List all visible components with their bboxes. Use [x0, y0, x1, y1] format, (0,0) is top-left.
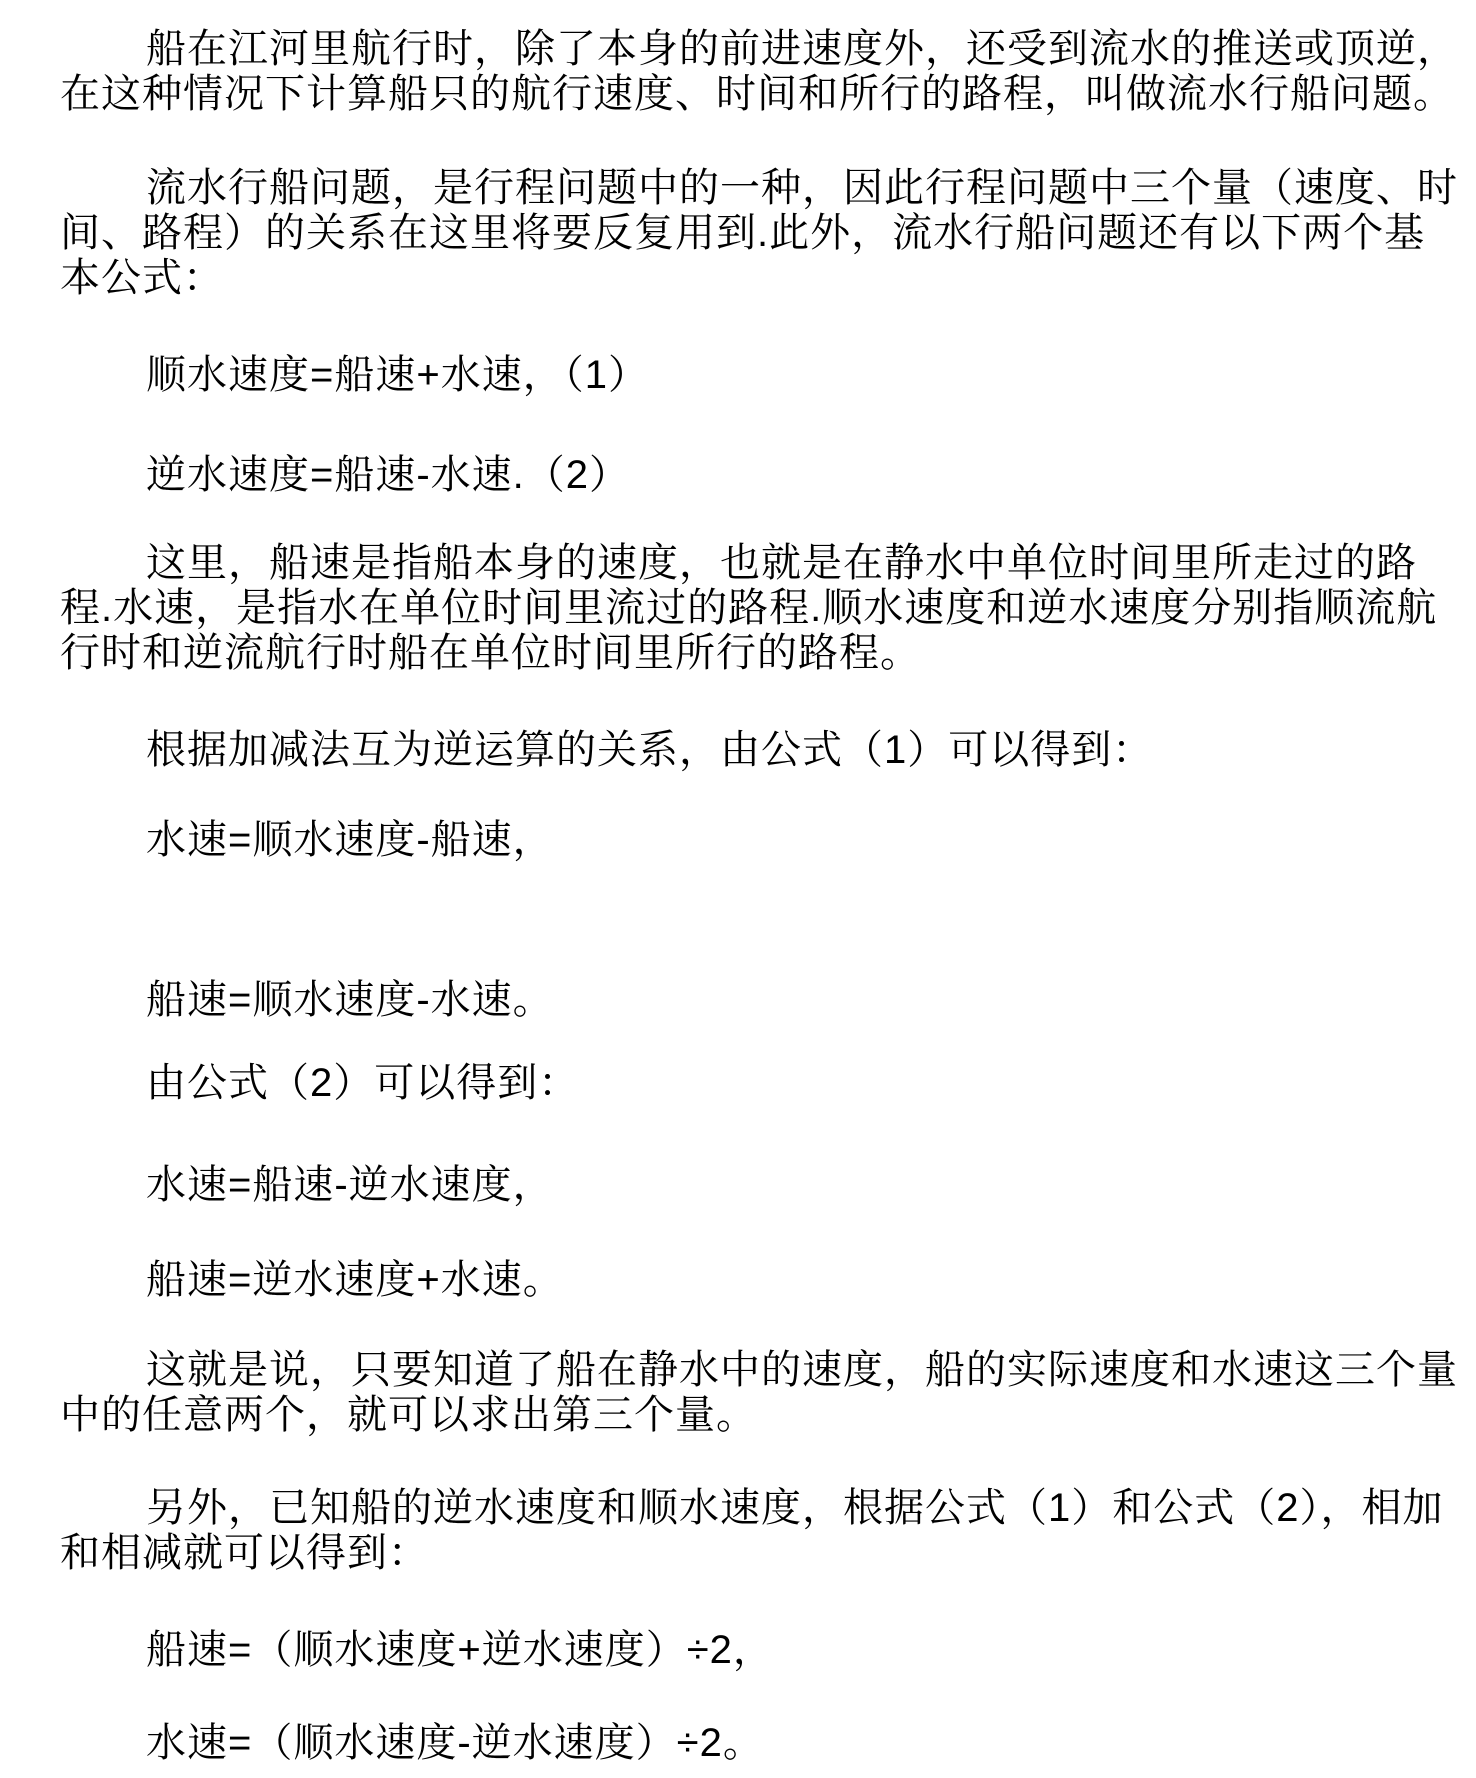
- text-line: 船在江河里航行时，除了本身的前进速度外，还受到流水的推送或顶逆，: [60, 27, 1446, 72]
- paragraph-derive-from-formula-1: 根据加减法互为逆运算的关系，由公式（1）可以得到：: [60, 728, 1446, 773]
- text-line: 根据加减法互为逆运算的关系，由公式（1）可以得到：: [60, 728, 1446, 773]
- formula-downstream-speed: 顺水速度=船速+水速，（1）: [60, 353, 1446, 398]
- text-line: 中的任意两个，就可以求出第三个量。: [60, 1393, 1446, 1438]
- paragraph-terms-explanation: 这里，船速是指船本身的速度，也就是在静水中单位时间里所走过的路 程.水速，是指水…: [60, 541, 1446, 676]
- formula-water-speed-average: 水速=（顺水速度-逆水速度）÷2。: [60, 1721, 1446, 1766]
- formula-line: 水速=船速-逆水速度，: [60, 1163, 1446, 1208]
- text-line: 程.水速，是指水在单位时间里流过的路程.顺水速度和逆水速度分别指顺流航: [60, 586, 1446, 631]
- paragraph-conclusion-three-quantities: 这就是说，只要知道了船在静水中的速度，船的实际速度和水速这三个量 中的任意两个，…: [60, 1348, 1446, 1438]
- text-line: 在这种情况下计算船只的航行速度、时间和所行的路程，叫做流水行船问题。: [60, 72, 1446, 117]
- text-line: 和相减就可以得到：: [60, 1531, 1446, 1576]
- formula-water-speed-from-1: 水速=顺水速度-船速，: [60, 818, 1446, 863]
- text-line: 这就是说，只要知道了船在静水中的速度，船的实际速度和水速这三个量: [60, 1348, 1446, 1393]
- paragraph-derive-from-formula-2: 由公式（2）可以得到：: [60, 1061, 1446, 1106]
- text-line: 行时和逆流航行时船在单位时间里所行的路程。: [60, 631, 1446, 676]
- text-line: 流水行船问题，是行程问题中的一种，因此行程问题中三个量（速度、时: [60, 166, 1446, 211]
- formula-line: 逆水速度=船速-水速.（2）: [60, 453, 1446, 498]
- formula-line: 船速=（顺水速度+逆水速度）÷2，: [60, 1628, 1446, 1673]
- text-line: 另外，已知船的逆水速度和顺水速度，根据公式（1）和公式（2），相加: [60, 1486, 1446, 1531]
- formula-line: 水速=（顺水速度-逆水速度）÷2。: [60, 1721, 1446, 1766]
- formula-boat-speed-average: 船速=（顺水速度+逆水速度）÷2，: [60, 1628, 1446, 1673]
- formula-water-speed-from-2: 水速=船速-逆水速度，: [60, 1163, 1446, 1208]
- formula-line: 水速=顺水速度-船速，: [60, 818, 1446, 863]
- text-line: 由公式（2）可以得到：: [60, 1061, 1446, 1106]
- formula-boat-speed-from-1: 船速=顺水速度-水速。: [60, 978, 1446, 1023]
- formula-boat-speed-from-2: 船速=逆水速度+水速。: [60, 1258, 1446, 1303]
- text-line: 本公式：: [60, 256, 1446, 301]
- paragraph-relation-to-travel-problems: 流水行船问题，是行程问题中的一种，因此行程问题中三个量（速度、时 间、路程）的关…: [60, 166, 1446, 301]
- paragraph-definition: 船在江河里航行时，除了本身的前进速度外，还受到流水的推送或顶逆， 在这种情况下计…: [60, 27, 1446, 117]
- formula-upstream-speed: 逆水速度=船速-水速.（2）: [60, 453, 1446, 498]
- formula-line: 船速=顺水速度-水速。: [60, 978, 1446, 1023]
- formula-line: 船速=逆水速度+水速。: [60, 1258, 1446, 1303]
- text-line: 这里，船速是指船本身的速度，也就是在静水中单位时间里所走过的路: [60, 541, 1446, 586]
- text-line: 间、路程）的关系在这里将要反复用到.此外，流水行船问题还有以下两个基: [60, 211, 1446, 256]
- formula-line: 顺水速度=船速+水速，（1）: [60, 353, 1446, 398]
- paragraph-add-subtract-formulas: 另外，已知船的逆水速度和顺水速度，根据公式（1）和公式（2），相加 和相减就可以…: [60, 1486, 1446, 1576]
- document-page: 船在江河里航行时，除了本身的前进速度外，还受到流水的推送或顶逆， 在这种情况下计…: [0, 0, 1476, 1778]
